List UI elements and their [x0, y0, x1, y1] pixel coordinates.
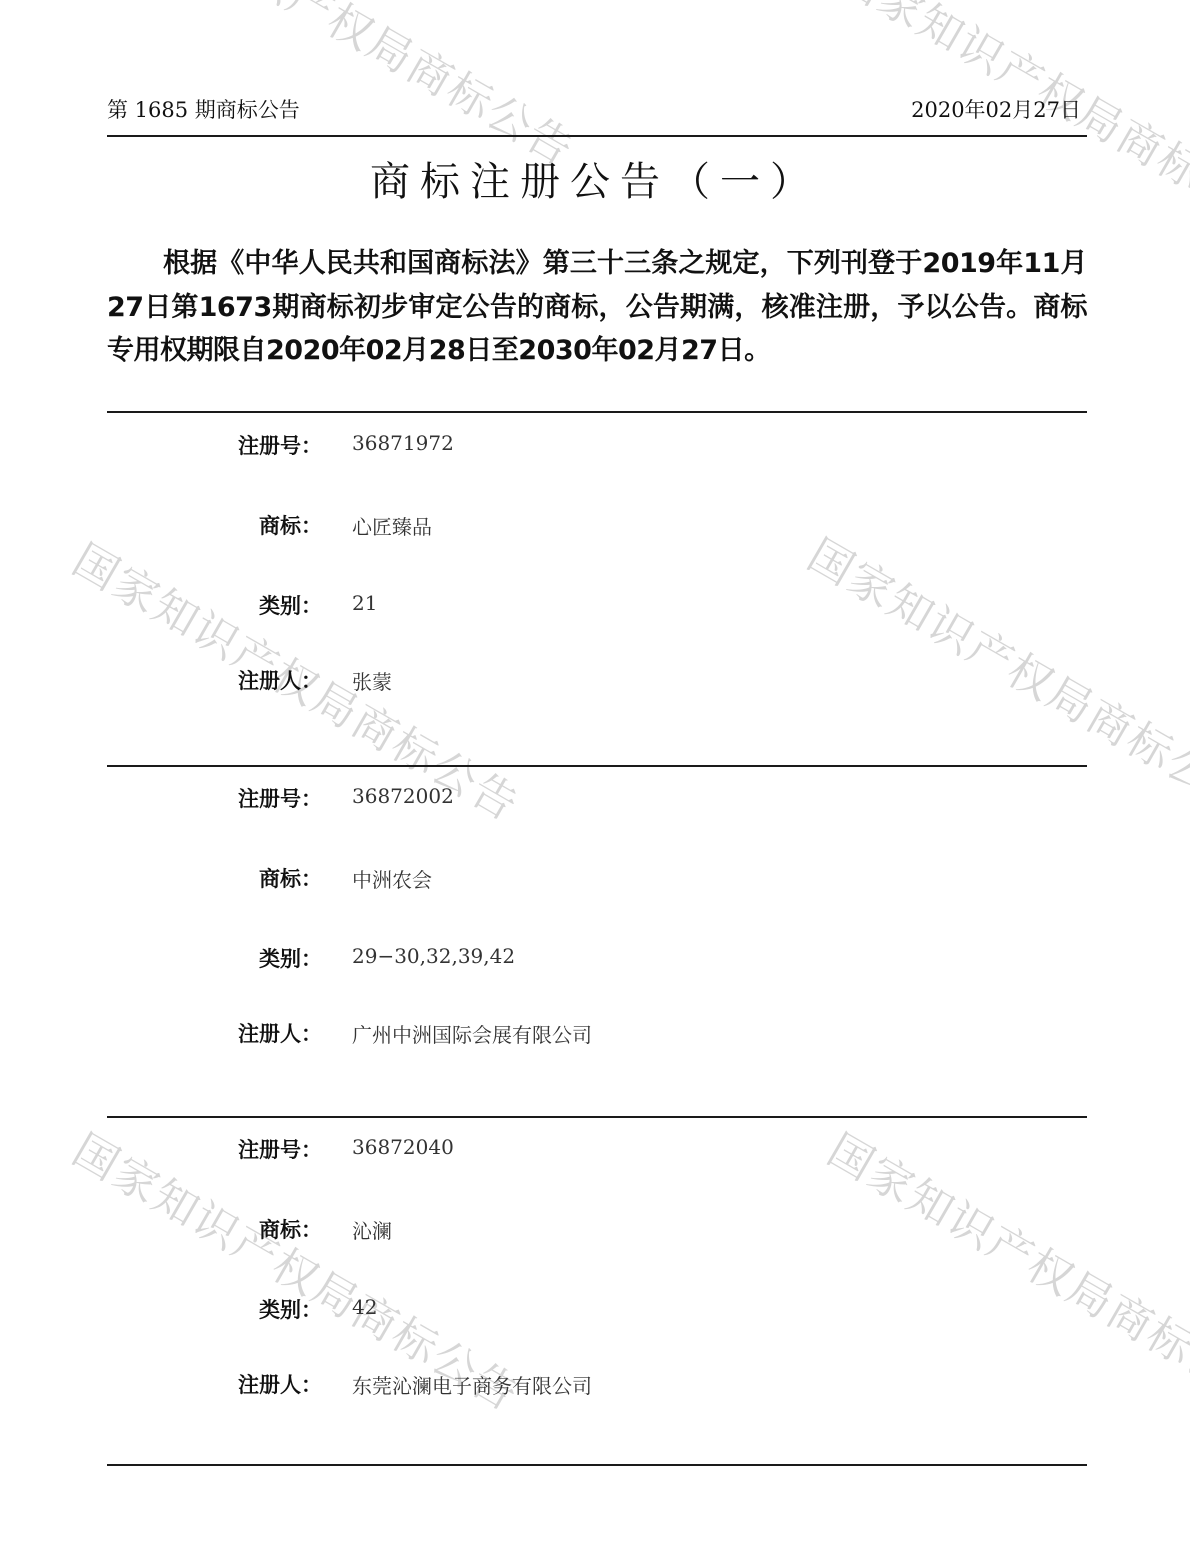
- registrant-row: 注册人： 广州中洲国际会展有限公司: [107, 1018, 1087, 1048]
- registrant-value: 东莞沁澜电子商务有限公司: [352, 1370, 592, 1399]
- reg-no-label: 注册号：: [238, 430, 322, 460]
- mark-row: 商标： 心匠臻品: [107, 510, 1087, 540]
- mark-value: 沁澜: [352, 1215, 392, 1244]
- registrant-label: 注册人：: [238, 1018, 322, 1048]
- mark-label: 商标：: [259, 1214, 322, 1244]
- reg-no-label: 注册号：: [238, 783, 322, 813]
- registrant-value: 张蒙: [352, 666, 392, 695]
- class-value: 42: [352, 1295, 377, 1319]
- mark-label: 商标：: [259, 510, 322, 540]
- registrant-row: 注册人： 东莞沁澜电子商务有限公司: [107, 1369, 1087, 1399]
- reg-no-value: 36871972: [352, 431, 454, 455]
- mark-value: 中洲农会: [352, 864, 432, 893]
- entry-separator: [107, 765, 1087, 767]
- mark-row: 商标： 沁澜: [107, 1214, 1087, 1244]
- entry-separator: [107, 411, 1087, 413]
- reg-no-value: 36872040: [352, 1135, 454, 1159]
- reg-no-row: 注册号： 36871972: [107, 430, 1087, 460]
- class-value: 29−30,32,39,42: [352, 944, 515, 968]
- reg-no-row: 注册号： 36872040: [107, 1134, 1087, 1164]
- entry-separator: [107, 1116, 1087, 1118]
- intro-paragraph: 根据《中华人民共和国商标法》第三十三条之规定，下列刊登于2019年11月27日第…: [107, 242, 1087, 373]
- registrant-label: 注册人：: [238, 665, 322, 695]
- class-row: 类别： 29−30,32,39,42: [107, 943, 1087, 973]
- mark-row: 商标： 中洲农会: [107, 863, 1087, 893]
- class-label: 类别：: [259, 943, 322, 973]
- header-rule: [107, 135, 1087, 137]
- publish-date: 2020年02月27日: [911, 94, 1081, 124]
- mark-label: 商标：: [259, 863, 322, 893]
- reg-no-label: 注册号：: [238, 1134, 322, 1164]
- page-title: 商标注册公告（一）: [0, 150, 1190, 207]
- entry-separator: [107, 1464, 1087, 1466]
- intro-text: 根据《中华人民共和国商标法》第三十三条之规定，下列刊登于2019年11月27日第…: [107, 242, 1087, 373]
- registrant-value: 广州中洲国际会展有限公司: [352, 1019, 592, 1048]
- reg-no-value: 36872002: [352, 784, 454, 808]
- page-header: 第 1685 期商标公告 2020年02月27日: [107, 94, 1087, 134]
- mark-value: 心匠臻品: [352, 511, 432, 540]
- class-row: 类别： 21: [107, 590, 1087, 620]
- class-label: 类别：: [259, 1294, 322, 1324]
- registrant-row: 注册人： 张蒙: [107, 665, 1087, 695]
- class-value: 21: [352, 591, 377, 615]
- issue-number: 第 1685 期商标公告: [107, 94, 300, 124]
- registrant-label: 注册人：: [238, 1369, 322, 1399]
- reg-no-row: 注册号： 36872002: [107, 783, 1087, 813]
- class-row: 类别： 42: [107, 1294, 1087, 1324]
- class-label: 类别：: [259, 590, 322, 620]
